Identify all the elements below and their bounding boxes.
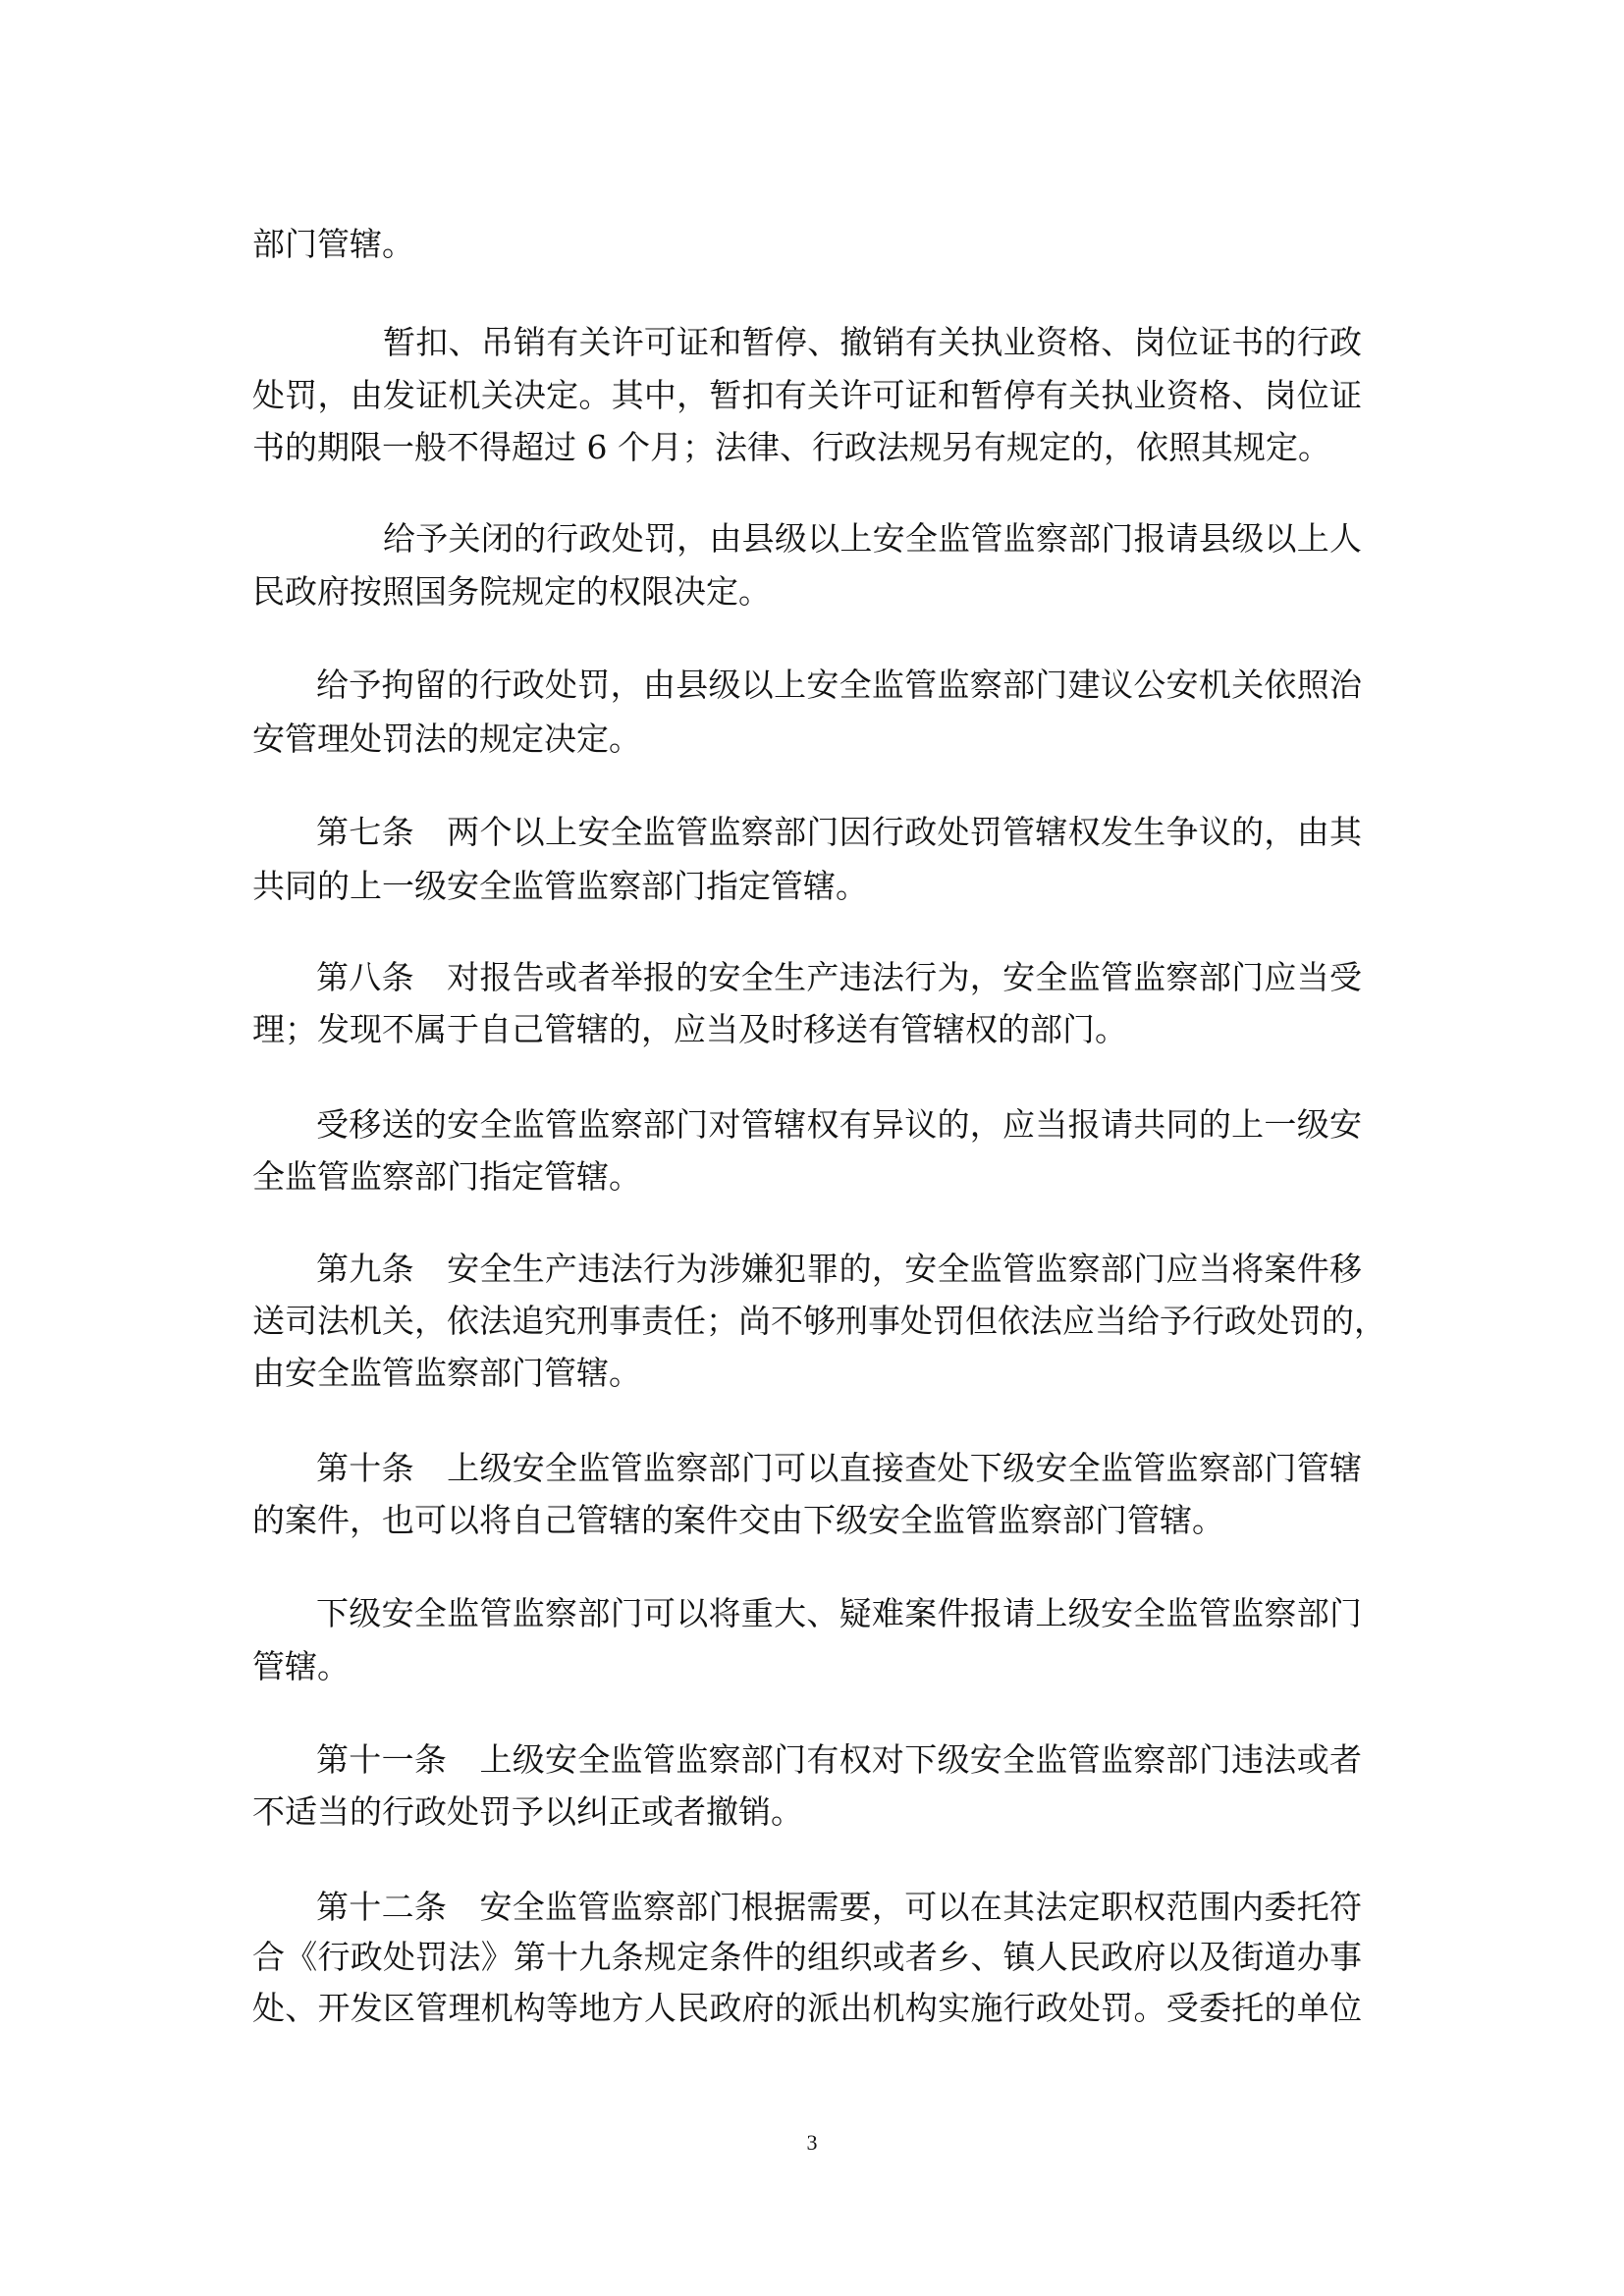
paragraph-line: 下级安全监管监察部门可以将重大、疑难案件报请上级安全监管监察部门 [316,1592,1362,1635]
article-7-line: 第七条 两个以上安全监管监察部门因行政处罚管辖权发生争议的，由其 [316,811,1362,854]
article-12-line: 第十二条 安全监管监察部门根据需要，可以在其法定职权范围内委托符 [316,1886,1362,1929]
paragraph-line: 给予拘留的行政处罚，由县级以上安全监管监察部门建议公安机关依照治 [316,664,1362,707]
article-11-line: 不适当的行政处罚予以纠正或者撤销。 [252,1790,1362,1834]
article-9-line: 送司法机关，依法追究刑事责任；尚不够刑事处罚但依法应当给予行政处罚的， [252,1300,1362,1343]
paragraph-line: 部门管辖。 [252,223,1362,266]
paragraph-line: 民政府按照国务院规定的权限决定。 [252,570,1362,614]
page-number: 3 [0,2130,1624,2156]
article-8-line: 第八条 对报告或者举报的安全生产违法行为，安全监管监察部门应当受 [316,956,1362,999]
paragraph-line: 管辖。 [252,1645,1362,1688]
article-11-line: 第十一条 上级安全监管监察部门有权对下级安全监管监察部门违法或者 [316,1738,1362,1782]
paragraph-line: 处罚，由发证机关决定。其中，暂扣有关许可证和暂停有关执业资格、岗位证 [252,374,1362,417]
paragraph-line: 书的期限一般不得超过 6 个月；法律、行政法规另有规定的，依照其规定。 [252,426,1362,469]
article-12-line: 处、开发区管理机构等地方人民政府的派出机构实施行政处罚。受委托的单位 [252,1987,1362,2030]
paragraph-line: 暂扣、吊销有关许可证和暂停、撤销有关执业资格、岗位证书的行政 [383,321,1362,364]
paragraph-line: 全监管监察部门指定管辖。 [252,1155,1362,1199]
article-9-line: 由安全监管监察部门管辖。 [252,1352,1362,1395]
paragraph-line: 受移送的安全监管监察部门对管辖权有异议的，应当报请共同的上一级安 [316,1103,1362,1147]
article-12-line: 合《行政处罚法》第十九条规定条件的组织或者乡、镇人民政府以及街道办事 [252,1936,1362,1979]
paragraph-line: 给予关闭的行政处罚，由县级以上安全监管监察部门报请县级以上人 [383,517,1362,561]
article-10-line: 第十条 上级安全监管监察部门可以直接查处下级安全监管监察部门管辖 [316,1447,1362,1490]
article-10-line: 的案件，也可以将自己管辖的案件交由下级安全监管监察部门管辖。 [252,1499,1362,1542]
article-8-line: 理；发现不属于自己管辖的，应当及时移送有管辖权的部门。 [252,1008,1362,1051]
paragraph-line: 安管理处罚法的规定决定。 [252,718,1362,761]
article-9-line: 第九条 安全生产违法行为涉嫌犯罪的，安全监管监察部门应当将案件移 [316,1248,1362,1291]
document-page: 部门管辖。 暂扣、吊销有关许可证和暂停、撤销有关执业资格、岗位证书的行政 处罚，… [0,0,1624,2296]
article-7-line: 共同的上一级安全监管监察部门指定管辖。 [252,865,1362,908]
